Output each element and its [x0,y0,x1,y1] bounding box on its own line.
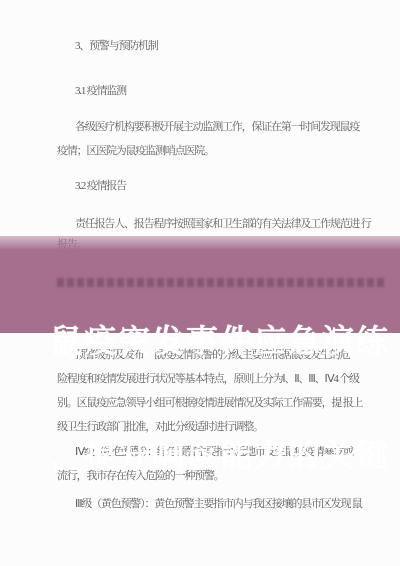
document-line: 3.1 疫情监测 [75,82,126,98]
article-title-line2: ，提升响应能力的关键 [50,436,400,474]
document-line: 各级医疗机构要积极开展主动监测工作，保证在第一时间发现鼠疫 [75,118,359,134]
document-line: 责任报告人、报告程序按照国家和卫生部的有关法律及工作规范进 行 [75,215,371,231]
document-line: 3、预警与预防机制 [75,37,158,53]
title-banner: 鼠疫突发事件应急演练 ，提升响应能力的关键 [0,236,400,333]
document-line: 疫情；区医院为鼠疫监测哨点医院。 [57,142,214,158]
article-title: 鼠疫突发事件应急演练 ，提升响应能力的关键 [0,246,400,550]
article-title-line1: 鼠疫突发事件应急演练 [50,322,400,360]
document-page: 3、预警与预防机制3.1 疫情监测各级医疗机构要积极开展主动监测工作，保证在第一… [0,0,400,566]
document-line: 3.2 疫情报告 [75,177,126,193]
